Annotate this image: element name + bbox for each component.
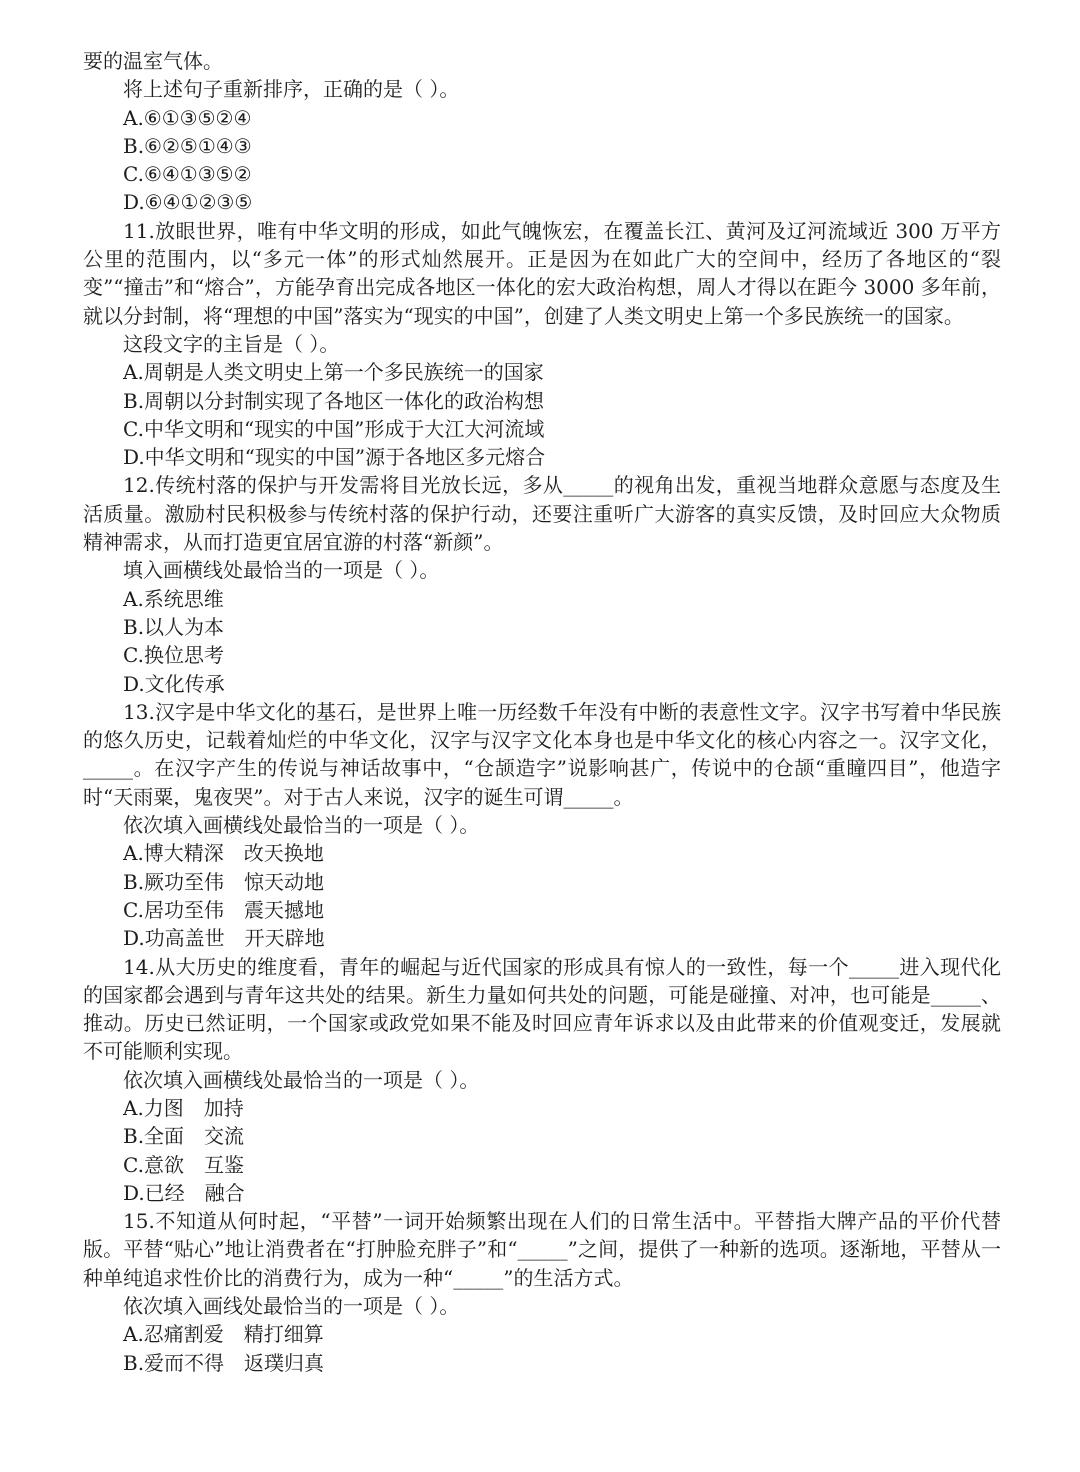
option-item: B.⑥②⑤①④③ <box>83 132 1001 160</box>
option-item: C.意欲 互鉴 <box>83 1151 1001 1179</box>
option-item: C.居功至伟 震天撼地 <box>83 896 1001 924</box>
option-item: A.⑥①③⑤②④ <box>83 104 1001 132</box>
option-item: B.周朝以分封制实现了各地区一体化的政治构想 <box>83 387 1001 415</box>
option-item: A.周朝是人类文明史上第一个多民族统一的国家 <box>83 358 1001 386</box>
option-item: B.以人为本 <box>83 613 1001 641</box>
option-item: D.功高盖世 开天辟地 <box>83 924 1001 952</box>
option-item: B.厥功至伟 惊天动地 <box>83 868 1001 896</box>
question-prompt: 这段文字的主旨是（ ）。 <box>83 330 1001 358</box>
option-item: C.换位思考 <box>83 641 1001 669</box>
question-prompt: 填入画横线处最恰当的一项是（ ）。 <box>83 556 1001 584</box>
option-item: C.中华文明和“现实的中国”形成于大江大河流域 <box>83 415 1001 443</box>
question-prompt: 依次填入画横线处最恰当的一项是（ ）。 <box>83 1066 1001 1094</box>
option-item: C.⑥④①③⑤② <box>83 160 1001 188</box>
question-prompt: 依次填入画横线处最恰当的一项是（ ）。 <box>83 811 1001 839</box>
option-item: D.文化传承 <box>83 670 1001 698</box>
option-item: A.系统思维 <box>83 585 1001 613</box>
continuation-text: 要的温室气体。 <box>83 47 1001 75</box>
question-body: 15.不知道从何时起，“平替”一词开始频繁出现在人们的日常生活中。平替指大牌产品… <box>83 1207 1001 1292</box>
option-item: D.⑥④①②③⑤ <box>83 188 1001 216</box>
option-item: B.爱而不得 返璞归真 <box>83 1349 1001 1377</box>
option-item: D.已经 融合 <box>83 1179 1001 1207</box>
question-body: 11.放眼世界，唯有中华文明的形成，如此气魄恢宏，在覆盖长江、黄河及辽河流域近 … <box>83 217 1001 330</box>
option-item: A.博大精深 改天换地 <box>83 839 1001 867</box>
document-page: 要的温室气体。将上述句子重新排序，正确的是（ ）。A.⑥①③⑤②④B.⑥②⑤①④… <box>0 0 1080 1472</box>
question-body: 14.从大历史的维度看，青年的崛起与近代国家的形成具有惊人的一致性，每一个___… <box>83 953 1001 1066</box>
question-body: 12.传统村落的保护与开发需将目光放长远，多从_____的视角出发，重视当地群众… <box>83 471 1001 556</box>
option-item: A.力图 加持 <box>83 1094 1001 1122</box>
question-prompt: 依次填入画线处最恰当的一项是（ ）。 <box>83 1292 1001 1320</box>
option-item: A.忍痛割爱 精打细算 <box>83 1320 1001 1348</box>
question-body: 13.汉字是中华文化的基石，是世界上唯一历经数千年没有中断的表意性文字。汉字书写… <box>83 698 1001 811</box>
option-item: D.中华文明和“现实的中国”源于各地区多元熔合 <box>83 443 1001 471</box>
question-prompt: 将上述句子重新排序，正确的是（ ）。 <box>83 75 1001 103</box>
option-item: B.全面 交流 <box>83 1122 1001 1150</box>
